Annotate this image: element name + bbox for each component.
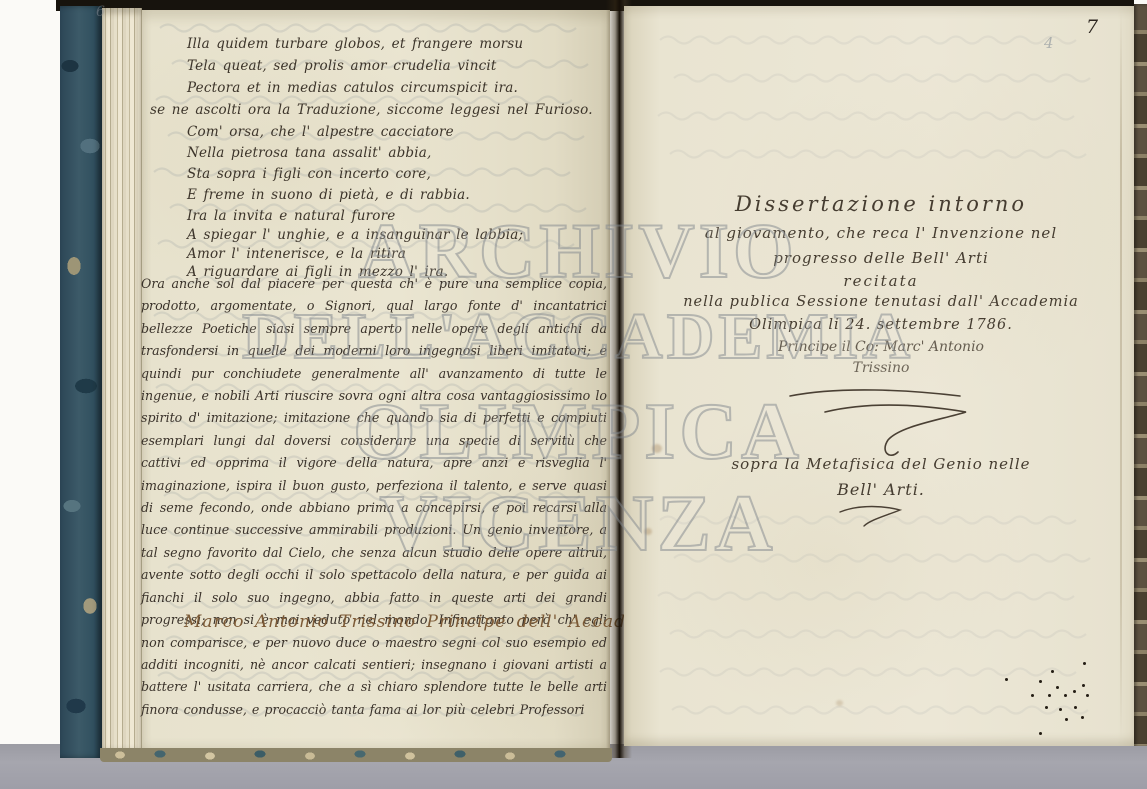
title-line: progresso delle Bell' Arti <box>624 249 1138 267</box>
marbled-bottom-edge <box>100 748 612 762</box>
pen-flourish <box>770 382 990 462</box>
title-line: nella publica Sessione tenutasi dall' Ac… <box>624 294 1138 310</box>
italian-verse-line: Nella pietrosa tana assalit' abbia, <box>187 145 432 161</box>
italian-verse-line: Sta sopra i figli con incerto core, <box>187 166 431 182</box>
latin-verse-line: Pectora et in medias catulos circumspici… <box>187 80 518 96</box>
right-page <box>624 6 1138 746</box>
subtitle-line: Bell' Arti. <box>624 480 1138 499</box>
title-line: Trissino <box>624 360 1138 376</box>
manuscript-scan: 6 Illa quidem turbare globos, et franger… <box>0 0 1147 789</box>
prose-paragraph: Ora anche sol dal piacere per questa ch'… <box>141 273 607 603</box>
italian-verse-line: A spiegar l' unghie, e a insanguinar le … <box>187 227 523 243</box>
title-line: Olimpica li 24. settembre 1786. <box>624 317 1138 333</box>
paper-stain <box>644 528 652 535</box>
paper-stain <box>836 700 843 706</box>
page-number-pencil: 4 <box>1044 34 1054 52</box>
subtitle-line: sopra la Metafisica del Genio nelle <box>624 455 1138 473</box>
latin-verse-line: Illa quidem turbare globos, et frangere … <box>187 36 523 52</box>
right-page-stack-edges <box>1134 4 1147 746</box>
pencil-mark-top-left: 6 <box>96 4 105 20</box>
page-number-ink: 7 <box>1086 16 1098 38</box>
italian-verse-line: E freme in suono di pietà, e di rabbia. <box>187 187 470 203</box>
title-line: al giovamento, che reca l' Invenzione ne… <box>624 224 1138 242</box>
italian-verse-line: Amor l' intenerisce, e la ritira <box>187 246 406 262</box>
small-pen-flourish <box>830 500 910 530</box>
title-line: recitata <box>624 272 1138 290</box>
signature-line: Marco Antonio Trissino Principe dell' Ac… <box>184 612 642 632</box>
intro-line: se ne ascolti ora la Traduzione, siccome… <box>150 102 593 118</box>
italian-verse-line: Com' orsa, che l' alpestre cacciatore <box>187 124 454 140</box>
latin-verse-line: Tela queat, sed prolis amor crudelia vin… <box>187 58 497 74</box>
ink-dot-cluster <box>993 648 1093 723</box>
marbled-cover-edge <box>60 6 102 758</box>
italian-verse-line: Ira la invita e natural furore <box>187 208 395 224</box>
title-line: Principe il Co: Marc' Antonio <box>624 339 1138 355</box>
left-page-stack-edges <box>102 8 142 756</box>
paper-stain <box>652 444 662 453</box>
dissertation-title: Dissertazione intorno <box>624 192 1138 216</box>
